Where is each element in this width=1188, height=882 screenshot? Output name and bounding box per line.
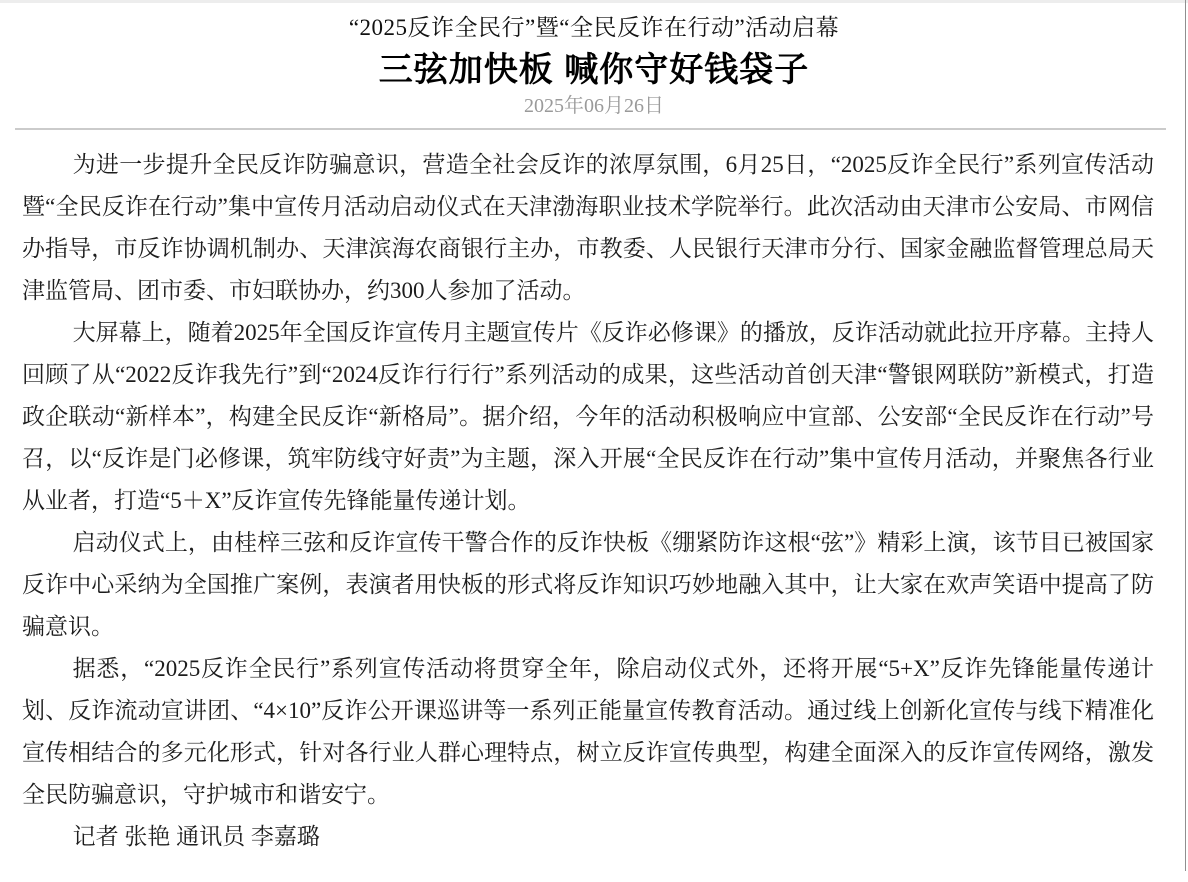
article-body: 为进一步提升全民反诈防骗意识，营造全社会反诈的浓厚氛围，6月25日，“2025反… [0, 130, 1188, 882]
article-paragraph-3: 启动仪式上，由桂梓三弦和反诈宣传干警合作的反诈快板《绷紧防诈这根“弦”》精彩上演… [22, 522, 1154, 648]
article-byline: 记者 张艳 通讯员 李嘉璐 [22, 816, 1154, 858]
article-title: 三弦加快板 喊你守好钱袋子 [0, 50, 1188, 90]
article-paragraph-1: 为进一步提升全民反诈防骗意识，营造全社会反诈的浓厚氛围，6月25日，“2025反… [22, 144, 1154, 312]
article-paragraph-4: 据悉，“2025反诈全民行”系列宣传活动将贯穿全年，除启动仪式外，还将开展“5+… [22, 648, 1154, 816]
article-page: “2025反诈全民行”暨“全民反诈在行动”活动启幕 三弦加快板 喊你守好钱袋子 … [0, 0, 1188, 882]
article-date: 2025年06月26日 [0, 94, 1188, 118]
article-kicker: “2025反诈全民行”暨“全民反诈在行动”活动启幕 [0, 12, 1188, 44]
article-header: “2025反诈全民行”暨“全民反诈在行动”活动启幕 三弦加快板 喊你守好钱袋子 … [0, 0, 1188, 118]
window-top-edge [0, 0, 1188, 3]
page-right-border [1185, 0, 1186, 871]
article-paragraph-2: 大屏幕上，随着2025年全国反诈宣传月主题宣传片《反诈必修课》的播放，反诈活动就… [22, 312, 1154, 522]
